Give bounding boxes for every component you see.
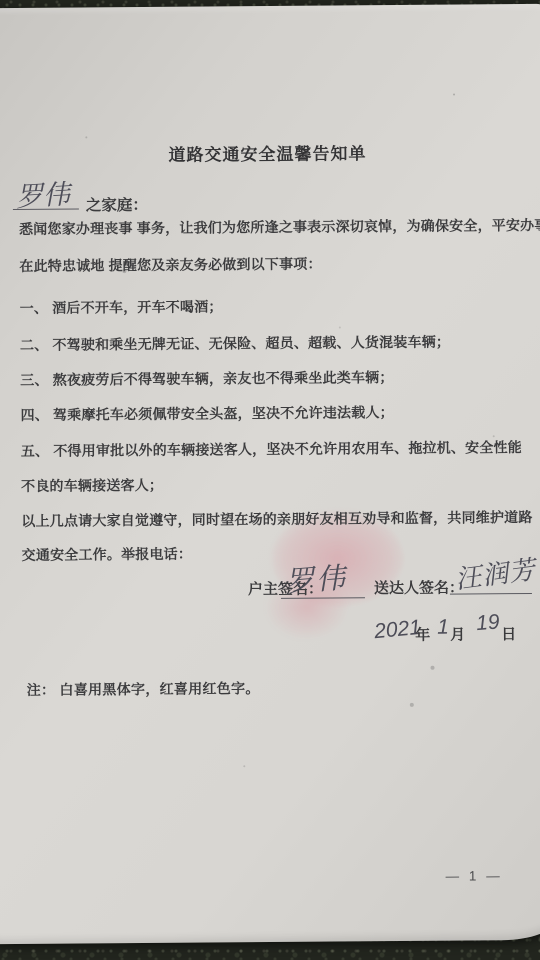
intro-line-2: 在此特忠诚地 提醒您及亲友务必做到以下事项： (19, 254, 321, 276)
document-title: 道路交通安全温馨告知单 (0, 138, 540, 167)
deliverer-signature-underline (450, 593, 532, 595)
rule-item-3: 三、 熬夜疲劳后不得驾驶车辆，亲友也不得乘坐此类车辆； (20, 359, 532, 398)
date-month-handwritten: 1 (437, 616, 449, 640)
rule-item-5: 五、 不得用审批以外的车辆接送客人，坚决不允许用农用车、拖拉机、安全性能不良的车… (21, 430, 534, 504)
rule-item-1: 一、 酒后不开车，开车不喝酒； (20, 287, 532, 326)
date-day-unit: 日 (501, 623, 516, 644)
date-month-unit: 月 (450, 623, 465, 644)
date-day-handwritten: 19 (475, 610, 500, 636)
photo-of-document: 道路交通安全温馨告知单 罗伟 之家庭： 悉闻您家办理丧事 事务，让我们为您所逢之… (0, 0, 540, 960)
footnote: 注： 白喜用黑体字，红喜用红色字。 (27, 678, 260, 700)
paper-sheet: 道路交通安全温馨告知单 罗伟 之家庭： 悉闻您家办理丧事 事务，让我们为您所逢之… (0, 4, 540, 944)
intro-line-1: 悉闻您家办理丧事 事务，让我们为您所逢之事表示深切哀悼，为确保安全，平安办事， (19, 215, 540, 239)
householder-signature-handwritten: 罗伟 (283, 555, 348, 601)
rule-item-4: 四、 驾乘摩托车必须佩带安全头盔，坚决不允许违法载人； (20, 394, 532, 433)
deliverer-signature-label: 送达人签名： (374, 576, 464, 598)
rule-item-2: 二、 不驾驶和乘坐无牌无证、无保险、超员、超载、人货混装车辆； (20, 324, 532, 363)
date-year-unit: 年 (415, 624, 430, 645)
page-number: — 1 — (419, 868, 529, 884)
salutation-suffix: 之家庭： (86, 193, 148, 215)
